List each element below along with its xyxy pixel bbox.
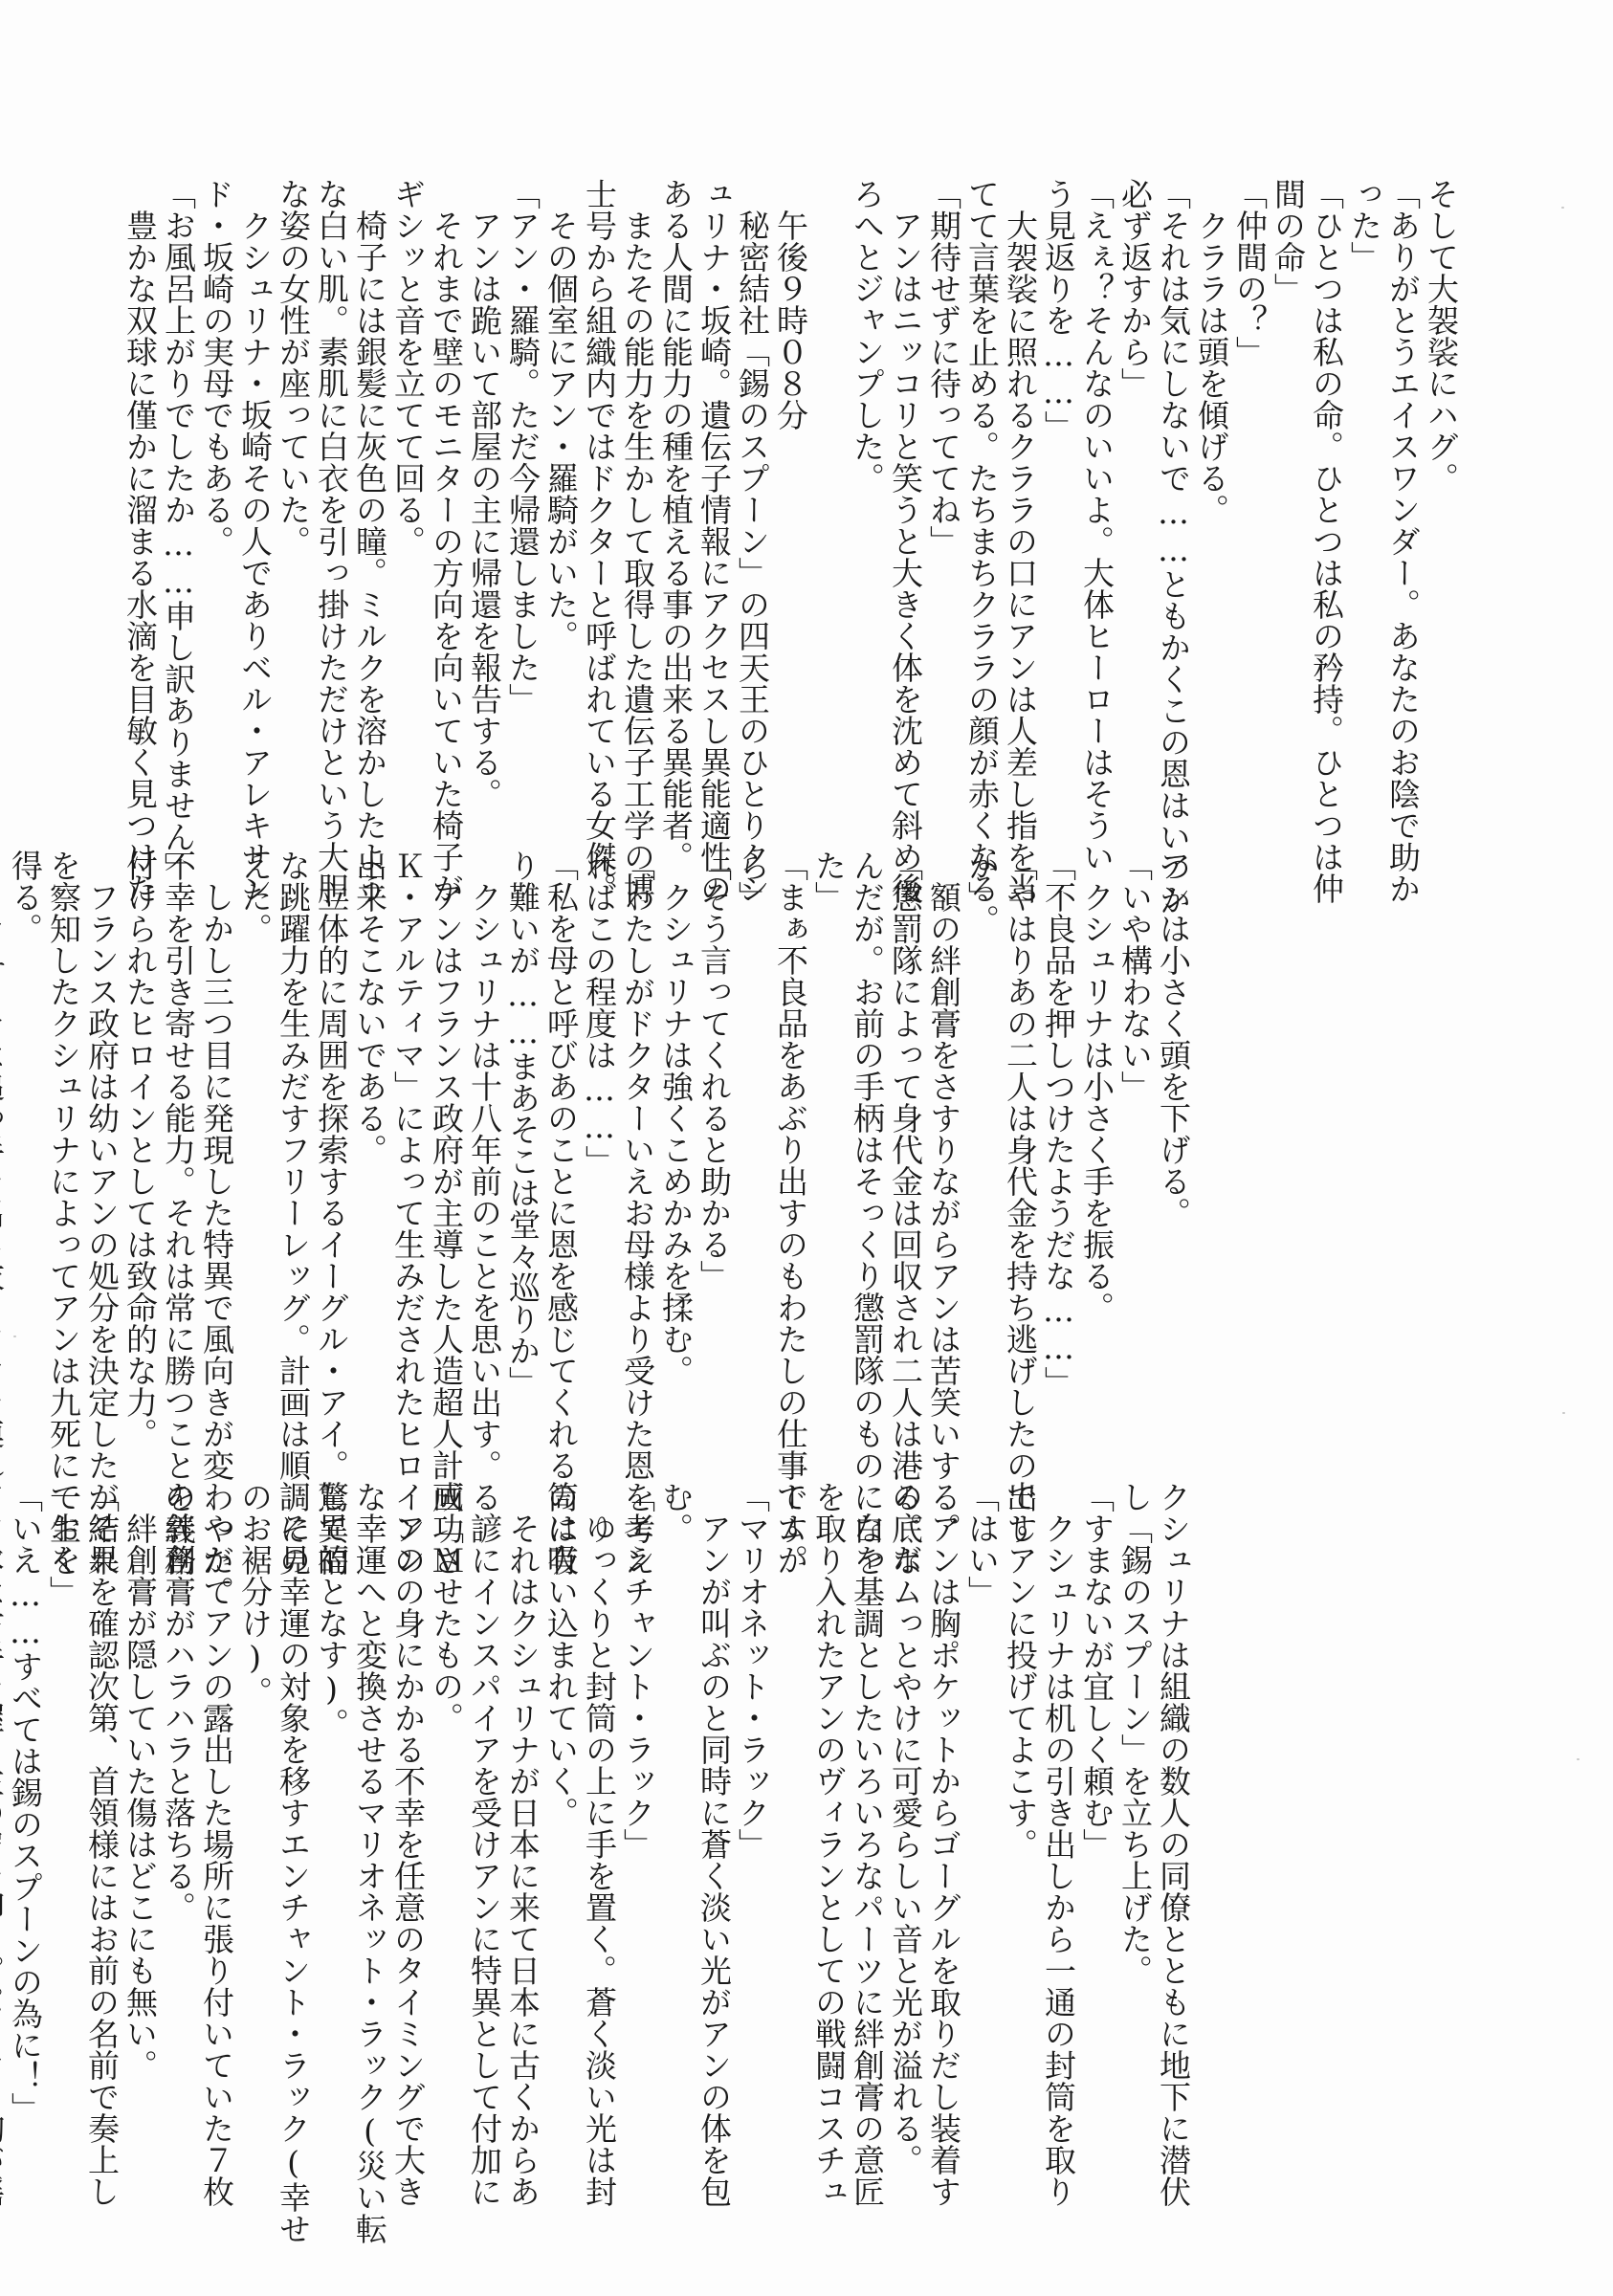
text-column: クララは頭を傾げる。	[1192, 178, 1230, 809]
text-column: う見返りを……」	[1039, 178, 1077, 809]
text-column: アンは胸ポケットからゴーグルを取りだし装着す	[924, 1481, 962, 2093]
text-column: アンが叫ぶのと同時に蒼く淡い光がアンの体を包	[695, 1481, 733, 2093]
text-column: な跳躍力を生みだすフリーレッグ。計画は順調に見	[274, 850, 312, 1462]
scan-speck	[1562, 1412, 1565, 1414]
text-column: そして大袈裟にハグ。	[1422, 178, 1460, 809]
text-column: クシュリナは強くこめかみを揉む。	[656, 850, 695, 1462]
text-column: 「期待せずに待っててね」	[924, 178, 962, 809]
text-column: か」	[962, 850, 1001, 1462]
scanned-novel-page: そして大袈裟にハグ。「ありがとうエイスワンダー。あなたのお陰で助かった」「ひとつ…	[0, 0, 1613, 2296]
text-column: の絆創膏がハラハラと落ちる。	[159, 1481, 197, 2093]
text-column: その幸運の対象を移すエンチャント・ラック(幸せ	[274, 1481, 312, 2093]
text-column: 「えぇ？そんなのいいよ。大体ヒーローはそうい	[1077, 178, 1116, 809]
text-column: その個室にアン・羅騎がいた。	[541, 178, 580, 809]
text-block-top: そして大袈裟にハグ。「ありがとうエイスワンダー。あなたのお陰で助かった」「ひとつ…	[121, 178, 1460, 809]
text-column: ギシッと音を立てて回る。	[388, 178, 427, 809]
text-column: アンの身にかかる不幸を任意のタイミングで大き	[388, 1481, 427, 2093]
text-column: 「ありがとうエイスワンダー。あなたのお陰で助か	[1383, 178, 1422, 809]
text-column: てて言葉を止める。たちまちクララの顔が赤くなる。	[962, 178, 1001, 809]
text-column: 成功させたもの。	[427, 1481, 465, 2093]
text-column	[809, 178, 848, 809]
text-column: 「結果を確認次第、首領様にはお前の名前で奏上し	[82, 1481, 121, 2093]
text-column: む。	[656, 1481, 695, 2093]
text-column: ておく」	[44, 1481, 82, 2093]
text-column: った」	[1345, 178, 1383, 809]
text-column: 「マリオネット・ラック」	[733, 1481, 771, 2093]
text-column: 間の命」	[1269, 178, 1307, 809]
text-column: る諺にインスパイアを受けアンに特異として付加に	[465, 1481, 503, 2093]
text-column: クシュリナは十八年前のことを思い出す。	[465, 850, 503, 1462]
text-column: ゆっくりと封筒の上に手を置く。蒼く淡い光は封	[580, 1481, 618, 2093]
text-column: Ｋ・アルティマ」によって生みだされたヒロインの	[388, 850, 427, 1462]
text-column: 「お風呂上がりでしたか……申し訳ありません」	[159, 178, 197, 809]
text-column: 豊かな双球に僅かに溜まる水滴を目敏く見つけた	[121, 178, 159, 809]
text-column: クシュリナは机の引き出しから一通の封筒を取り	[1039, 1481, 1077, 2093]
text-column: 「それは気にしないで……ともかくこの恩はいつか	[1154, 178, 1192, 809]
text-column: 出しアンに投げてよこす。	[1001, 1481, 1039, 2093]
text-column: 秘密結社「錫のスプーン」の四天王のひとりクシ	[733, 178, 771, 809]
text-column: クシュリナは組織の数人の同僚とともに地下に潜伏	[1154, 1481, 1192, 2093]
text-column: ド・坂崎の実母でもある。	[197, 178, 235, 809]
text-column: た」	[809, 850, 848, 1462]
text-column: 椅子には銀髪に灰色の瞳。ミルクを溶かしたよう	[350, 178, 388, 809]
text-column: 「エンチャント・ラック」	[618, 1481, 656, 2093]
text-column: 「わたしがドクターいえお母様より受けた恩を考え	[618, 850, 656, 1462]
text-column: な白い肌。素肌に白衣を引っ掛けただけという大胆	[312, 178, 350, 809]
text-column: 「仲間の？」	[1230, 178, 1269, 809]
text-column: ュリナ・坂崎。遺伝子情報にアクセスし異能適性の	[695, 178, 733, 809]
text-column: アンは小さく頭を下げる。	[1154, 850, 1192, 1462]
text-column: 「やはりあの二人は身代金を持ち逃げしたのです	[1001, 850, 1039, 1462]
scan-speck	[1577, 1758, 1580, 1760]
text-column: 「いや構わない」	[1116, 850, 1154, 1462]
text-column: を取り入れたアンのヴィランとしての戦闘コスチュ	[809, 1481, 848, 2093]
text-column: 必ず返すから」	[1116, 178, 1154, 809]
text-column: 「不良品を押しつけたようだな……」	[1039, 850, 1077, 1462]
text-column: のお裾分け)。	[235, 1481, 274, 2093]
text-column: 午後９時０８分	[771, 178, 809, 809]
text-block-bottom: クシュリナは組織の数人の同僚とともに地下に潜伏し「錫のスプーン」を立ち上げた。「…	[0, 1481, 1192, 2093]
text-column: 「ひとつは私の命。ひとつは私の矜持。ひとつは仲	[1307, 178, 1345, 809]
text-column: しかし三つ目に発現した特異で風向きが変わった。	[197, 850, 235, 1462]
text-column: 士号から組織内ではドクターと呼ばれている女傑。	[580, 178, 618, 809]
text-column: 出来そこないである。	[350, 850, 388, 1462]
text-column: な幸運へと変換させるマリオネット・ラック(災い転	[350, 1481, 388, 2093]
text-block-middle: アンは小さく頭を下げる。「いや構わない」 クシュリナは小さく手を振る。「不良品を…	[0, 850, 1192, 1462]
text-column: ら」	[733, 850, 771, 1462]
text-column: じて福となす)。	[312, 1481, 350, 2093]
text-column: ある人間に能力の種を植える事の出来る異能者。	[656, 178, 695, 809]
text-column: ればこの程度は……」	[580, 850, 618, 1462]
text-column: る。ボムっとやけに可愛らしい音と光が溢れる。	[886, 1481, 924, 2093]
text-column: し「錫のスプーン」を立ち上げた。	[1116, 1481, 1154, 2093]
text-column: アンはニッコリと笑うと大きく体を沈めて斜め後	[886, 178, 924, 809]
text-column: 不幸を引き寄せる能力。それは常に勝つことを義務	[159, 850, 197, 1462]
text-column: な姿の女性が座っていた。	[274, 178, 312, 809]
text-column: クシュリナは小さく手を振る。	[1077, 850, 1116, 1462]
text-column: フランス政府は幼いアンの処分を決定したがそれ	[82, 850, 121, 1462]
text-column: アンはフランス政府が主導した人造超人計画「Ｍ	[427, 850, 465, 1462]
text-column: 「アン・羅騎。ただ今帰還しました」	[503, 178, 541, 809]
text-column: 筒に吸い込まれていく。	[541, 1481, 580, 2093]
text-column: を察知したクシュリナによってアンは九死に一生を	[44, 850, 82, 1462]
text-column: やがてアンの露出した場所に張り付いていた７枚	[197, 1481, 235, 2093]
text-column: それはクシュリナが日本に来て日本に古くからあ	[503, 1481, 541, 2093]
text-column: 「私を母と呼びあのことに恩を感じてくれるのは有	[541, 850, 580, 1462]
text-column: アンは右手を握り左の肩を叩く。ポヨンと胸が揺	[0, 1481, 6, 2093]
text-column: アンは跪いて部屋の主に帰還を報告する。	[465, 178, 503, 809]
text-column: えた。	[235, 850, 274, 1462]
scan-speck	[1561, 207, 1564, 209]
text-column: それまで壁のモニターの方向を向いていた椅子が	[427, 178, 465, 809]
text-column: 「そう言ってくれると助かる」	[695, 850, 733, 1462]
text-column: 「はい」	[962, 1481, 1001, 2093]
text-column: クシュリナ・坂崎その人でありベル・アレキサン	[235, 178, 274, 809]
text-column: 「すまないが宜しく頼む」	[1077, 1481, 1116, 2093]
text-column: 「まぁ不良品をあぶり出すのもわたしの仕事ですか	[771, 850, 809, 1462]
text-column: 絆創膏が隠していた傷はどこにも無い。	[121, 1481, 159, 2093]
text-column: 得る。	[6, 850, 44, 1462]
text-column: ろへとジャンプした。	[848, 178, 886, 809]
text-column: 「懲罰隊によって身代金は回収され二人は港の底な	[886, 850, 924, 1462]
text-column: 大袈裟に照れるクララの口にアンは人差し指を当	[1001, 178, 1039, 809]
text-column: 立体的に周囲を探索するイーグル・アイ。驚異的	[312, 850, 350, 1462]
text-column: 付けられたヒロインとしては致命的な力。	[121, 850, 159, 1462]
text-column: 白を基調としたいろいろなパーツに絆創膏の意匠	[848, 1481, 886, 2093]
text-column: り難いが……まあそこは堂々巡りか」	[503, 850, 541, 1462]
text-column: ーム。	[771, 1481, 809, 2093]
text-column: 額の絆創膏をさすりながらアンは苦笑いする。	[924, 850, 962, 1462]
text-column: んだが。お前の手柄はそっくり懲罰隊のものになっ	[848, 850, 886, 1462]
text-column: またその能力を生かして取得した遺伝子工学の博	[618, 178, 656, 809]
text-column: クシュリナは追っ手を出し抜きアンを連れて日本	[0, 850, 6, 1462]
text-column: 「いえ……すべては錫のスプーンの為に！」	[6, 1481, 44, 2093]
